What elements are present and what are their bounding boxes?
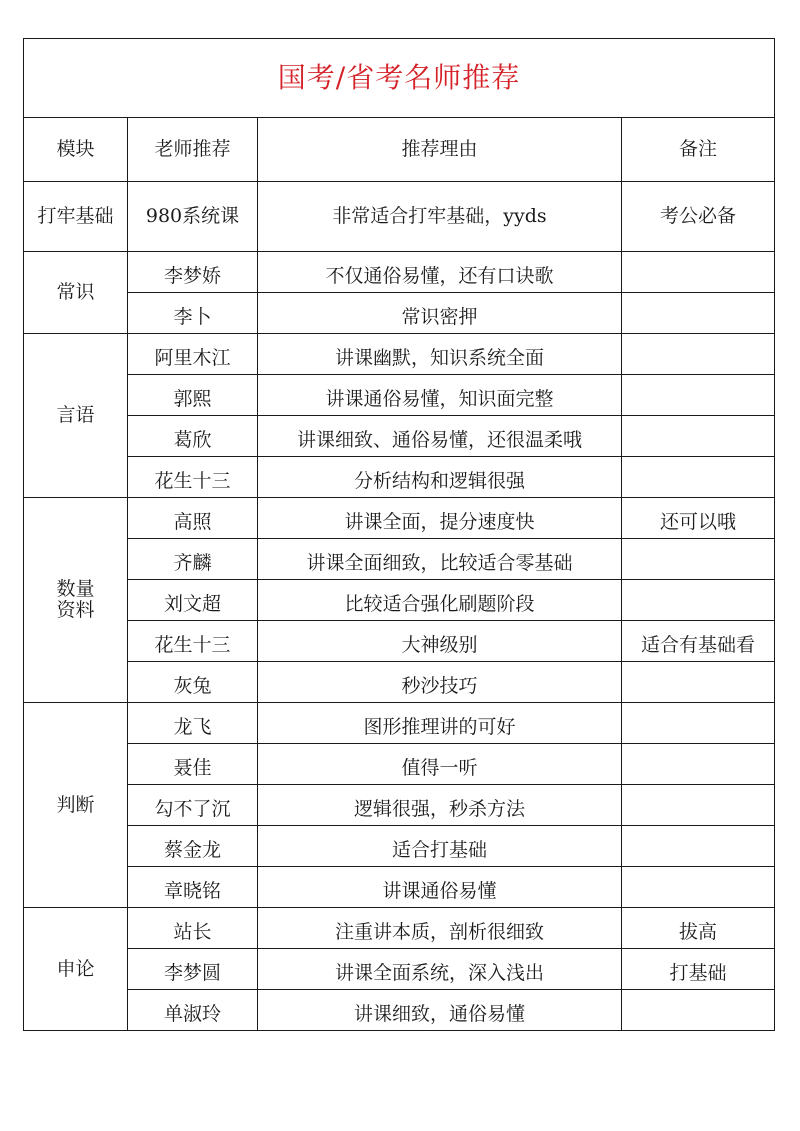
table-row: 李梦圆讲课全面系统，深入浅出打基础 [24, 949, 775, 990]
reason-cell: 讲课幽默，知识系统全面 [258, 334, 622, 375]
table-row: 花生十三分析结构和逻辑很强 [24, 457, 775, 498]
teacher-text: 站长 [173, 914, 211, 943]
teacher-text: 花生十三 [154, 627, 230, 656]
reason-cell: 适合打基础 [258, 826, 622, 867]
reason-cell: 比较适合强化刷题阶段 [258, 580, 622, 621]
teacher-text: 聂佳 [173, 750, 211, 779]
module-label: 常识 [55, 282, 97, 303]
table-row: 刘文超比较适合强化刷题阶段 [24, 580, 775, 621]
note-cell [622, 703, 775, 744]
table-row: 勾不了沉逻辑很强，秒杀方法 [24, 785, 775, 826]
teacher-cell: 龙飞 [128, 703, 258, 744]
header-row: 模块 老师推荐 推荐理由 备注 [24, 118, 775, 182]
header-teacher: 老师推荐 [128, 118, 258, 182]
note-text: 还可以哦 [660, 504, 736, 533]
module-cell: 申论 [24, 908, 128, 1031]
reason-text: 讲课全面，提分速度快 [344, 504, 534, 533]
note-text: 拔高 [679, 914, 717, 943]
reason-text: 讲课细致，通俗易懂 [354, 996, 525, 1025]
note-cell [622, 826, 775, 867]
note-cell [622, 457, 775, 498]
reason-text: 讲课通俗易懂，知识面完整 [325, 381, 553, 410]
reason-text: 不仅通俗易懂，还有口诀歌 [325, 258, 553, 287]
teacher-cell: 聂佳 [128, 744, 258, 785]
table-row: 言语阿里木江讲课幽默，知识系统全面 [24, 334, 775, 375]
note-cell: 考公必备 [622, 182, 775, 252]
teacher-text: 阿里木江 [154, 340, 230, 369]
table-row: 李卜常识密押 [24, 293, 775, 334]
note-cell [622, 867, 775, 908]
reason-text: 讲课幽默，知识系统全面 [335, 340, 544, 369]
teacher-cell: 刘文超 [128, 580, 258, 621]
reason-cell: 讲课细致，通俗易懂 [258, 990, 622, 1031]
teacher-text: 高照 [173, 504, 211, 533]
teacher-cell: 勾不了沉 [128, 785, 258, 826]
reason-cell: 大神级别 [258, 621, 622, 662]
teacher-cell: 李梦娇 [128, 252, 258, 293]
teacher-cell: 花生十三 [128, 621, 258, 662]
reason-cell: 讲课全面，提分速度快 [258, 498, 622, 539]
note-cell [622, 334, 775, 375]
teacher-cell: 灰兔 [128, 662, 258, 703]
reason-text: 讲课全面细致，比较适合零基础 [306, 545, 572, 574]
reason-text: 比较适合强化刷题阶段 [344, 586, 534, 615]
table-row: 数量资料高照讲课全面，提分速度快还可以哦 [24, 498, 775, 539]
teacher-text: 花生十三 [154, 463, 230, 492]
teacher-cell: 蔡金龙 [128, 826, 258, 867]
module-label: 申论 [55, 959, 97, 980]
table-row: 常识李梦娇不仅通俗易懂，还有口诀歌 [24, 252, 775, 293]
teacher-cell: 齐麟 [128, 539, 258, 580]
module-cell: 常识 [24, 252, 128, 334]
reason-cell: 讲课细致、通俗易懂，还很温柔哦 [258, 416, 622, 457]
teacher-recommendation-table: 国考/省考名师推荐 模块 老师推荐 推荐理由 备注 打牢基础980系统课非常适合… [23, 38, 775, 1031]
note-text: 考公必备 [660, 206, 736, 227]
teacher-cell: 李卜 [128, 293, 258, 334]
table-row: 郭熙讲课通俗易懂，知识面完整 [24, 375, 775, 416]
teacher-text: 齐麟 [173, 545, 211, 574]
reason-text: 适合打基础 [392, 832, 487, 861]
teacher-text: 刘文超 [164, 586, 221, 615]
reason-cell: 图形推理讲的可好 [258, 703, 622, 744]
reason-cell: 注重讲本质，剖析很细致 [258, 908, 622, 949]
teacher-text: 蔡金龙 [164, 832, 221, 861]
teacher-text: 李梦圆 [164, 955, 221, 984]
teacher-text: 李梦娇 [164, 258, 221, 287]
note-cell: 还可以哦 [622, 498, 775, 539]
reason-text: 非常适合打牢基础，yyds [332, 206, 546, 227]
note-cell [622, 785, 775, 826]
table-row: 申论站长注重讲本质，剖析很细致拔高 [24, 908, 775, 949]
module-label: 言语 [55, 405, 97, 426]
teacher-cell: 阿里木江 [128, 334, 258, 375]
table-row: 葛欣讲课细致、通俗易懂，还很温柔哦 [24, 416, 775, 457]
module-cell: 言语 [24, 334, 128, 498]
reason-text: 大神级别 [401, 627, 477, 656]
note-cell: 适合有基础看 [622, 621, 775, 662]
table-row: 蔡金龙适合打基础 [24, 826, 775, 867]
note-cell [622, 662, 775, 703]
module-label: 数量资料 [55, 579, 97, 621]
teacher-cell: 站长 [128, 908, 258, 949]
teacher-cell: 李梦圆 [128, 949, 258, 990]
note-cell [622, 293, 775, 334]
table-row: 单淑玲讲课细致，通俗易懂 [24, 990, 775, 1031]
module-label: 打牢基础 [37, 206, 113, 227]
teacher-cell: 单淑玲 [128, 990, 258, 1031]
reason-cell: 分析结构和逻辑很强 [258, 457, 622, 498]
module-cell: 数量资料 [24, 498, 128, 703]
teacher-text: 勾不了沉 [154, 791, 230, 820]
note-cell [622, 990, 775, 1031]
teacher-text: 葛欣 [173, 422, 211, 451]
note-cell [622, 580, 775, 621]
note-cell: 打基础 [622, 949, 775, 990]
reason-text: 图形推理讲的可好 [363, 709, 515, 738]
table-row: 齐麟讲课全面细致，比较适合零基础 [24, 539, 775, 580]
reason-cell: 常识密押 [258, 293, 622, 334]
teacher-cell: 郭熙 [128, 375, 258, 416]
note-cell [622, 375, 775, 416]
reason-text: 值得一听 [401, 750, 477, 779]
reason-cell: 讲课通俗易懂 [258, 867, 622, 908]
table-row: 判断龙飞图形推理讲的可好 [24, 703, 775, 744]
table-row: 聂佳值得一听 [24, 744, 775, 785]
reason-cell: 值得一听 [258, 744, 622, 785]
table-row: 章晓铭讲课通俗易懂 [24, 867, 775, 908]
note-cell: 拔高 [622, 908, 775, 949]
teacher-cell: 章晓铭 [128, 867, 258, 908]
note-cell [622, 539, 775, 580]
reason-text: 注重讲本质，剖析很细致 [335, 914, 544, 943]
module-cell: 判断 [24, 703, 128, 908]
reason-text: 分析结构和逻辑很强 [354, 463, 525, 492]
teacher-text: 李卜 [173, 299, 211, 328]
reason-cell: 非常适合打牢基础，yyds [258, 182, 622, 252]
note-cell [622, 744, 775, 785]
teacher-text: 980系统课 [146, 206, 239, 227]
teacher-text: 灰兔 [173, 668, 211, 697]
header-reason: 推荐理由 [258, 118, 622, 182]
note-cell [622, 252, 775, 293]
note-text: 适合有基础看 [641, 627, 755, 656]
title-row: 国考/省考名师推荐 [24, 39, 775, 118]
reason-text: 讲课细致、通俗易懂，还很温柔哦 [297, 422, 582, 451]
note-cell [622, 416, 775, 457]
reason-text: 讲课通俗易懂 [382, 873, 496, 902]
module-cell: 打牢基础 [24, 182, 128, 252]
reason-text: 逻辑很强，秒杀方法 [354, 791, 525, 820]
teacher-text: 郭熙 [173, 381, 211, 410]
module-label: 判断 [55, 795, 97, 816]
table-row: 灰兔秒沙技巧 [24, 662, 775, 703]
table-row: 打牢基础980系统课非常适合打牢基础，yyds考公必备 [24, 182, 775, 252]
header-note: 备注 [622, 118, 775, 182]
reason-cell: 秒沙技巧 [258, 662, 622, 703]
header-module: 模块 [24, 118, 128, 182]
teacher-text: 章晓铭 [164, 873, 221, 902]
reason-text: 讲课全面系统，深入浅出 [335, 955, 544, 984]
reason-cell: 不仅通俗易懂，还有口诀歌 [258, 252, 622, 293]
teacher-cell: 高照 [128, 498, 258, 539]
note-text: 打基础 [669, 955, 726, 984]
table-title: 国考/省考名师推荐 [24, 39, 775, 118]
teacher-text: 单淑玲 [164, 996, 221, 1025]
reason-text: 常识密押 [401, 299, 477, 328]
teacher-cell: 葛欣 [128, 416, 258, 457]
teacher-cell: 花生十三 [128, 457, 258, 498]
reason-text: 秒沙技巧 [401, 668, 477, 697]
table-row: 花生十三大神级别适合有基础看 [24, 621, 775, 662]
teacher-text: 龙飞 [173, 709, 211, 738]
reason-cell: 讲课全面细致，比较适合零基础 [258, 539, 622, 580]
reason-cell: 讲课通俗易懂，知识面完整 [258, 375, 622, 416]
teacher-cell: 980系统课 [128, 182, 258, 252]
reason-cell: 逻辑很强，秒杀方法 [258, 785, 622, 826]
reason-cell: 讲课全面系统，深入浅出 [258, 949, 622, 990]
